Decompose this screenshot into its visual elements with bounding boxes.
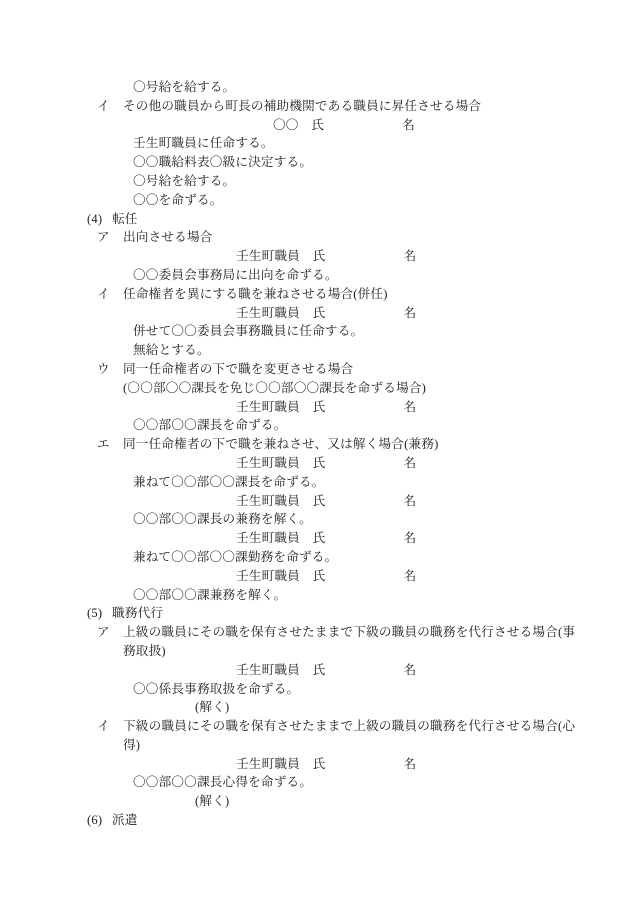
section-number: (5) [87, 604, 112, 623]
name-suffix: 名 [404, 531, 417, 545]
item-text: 同一任命権者の下で職を兼ねさせ、又は解く場合(兼務) [123, 437, 438, 451]
section-heading: (6)派遣 [0, 811, 630, 830]
statement-line: 〇〇部〇〇課兼務を解く。 [0, 586, 630, 605]
continuation-line: 務取扱) [0, 642, 630, 661]
statement-line: 〇〇委員会事務局に出向を命ずる。 [0, 266, 630, 285]
name-suffix: 名 [404, 400, 417, 414]
section-number: (4) [87, 210, 112, 229]
name-suffix: 名 [404, 757, 417, 771]
item-line: ウ同一任命権者の下で職を変更させる場合 [0, 360, 630, 379]
document-body: 〇号給を給する。イその他の職員から町長の補助機関である職員に昇任させる場合〇〇 … [0, 78, 630, 830]
section-number: (6) [87, 811, 112, 830]
name-label: 壬生町職員 氏 [236, 569, 326, 583]
section-heading: (4)転任 [0, 210, 630, 229]
name-suffix: 名 [404, 494, 417, 508]
item-marker: イ [97, 97, 123, 116]
statement-line: 〇〇職給料表〇級に決定する。 [0, 153, 630, 172]
name-suffix: 名 [404, 663, 417, 677]
item-marker: イ [97, 717, 123, 736]
item-marker: ウ [97, 360, 123, 379]
continuation-line: (〇〇部〇〇課長を免じ〇〇部〇〇課長を命ずる場合) [0, 379, 630, 398]
name-signature-line: 〇〇 氏名 [0, 116, 630, 135]
section-title: 転任 [112, 212, 138, 226]
item-text: 任命権者を異にする職を兼ねさせる場合(併任) [123, 287, 388, 301]
name-label: 壬生町職員 氏 [236, 400, 326, 414]
name-signature-line: 壬生町職員 氏名 [0, 661, 630, 680]
statement-line: 〇〇係長事務取扱を命ずる。 [0, 680, 630, 699]
item-text: 同一任命権者の下で職を変更させる場合 [123, 362, 353, 376]
name-signature-line: 壬生町職員 氏名 [0, 492, 630, 511]
name-suffix: 名 [404, 456, 417, 470]
name-label: 壬生町職員 氏 [236, 494, 326, 508]
item-text: 上級の職員にその職を保有させたままで下級の職員の職務を代行させる場合(事 [123, 625, 575, 639]
name-label: 壬生町職員 氏 [236, 456, 326, 470]
name-label: 壬生町職員 氏 [236, 757, 326, 771]
statement-line: 無給とする。 [0, 341, 630, 360]
item-marker: イ [97, 285, 123, 304]
document-page: 〇号給を給する。イその他の職員から町長の補助機関である職員に昇任させる場合〇〇 … [0, 0, 630, 903]
name-signature-line: 壬生町職員 氏名 [0, 247, 630, 266]
item-text: その他の職員から町長の補助機関である職員に昇任させる場合 [123, 99, 481, 113]
name-suffix: 名 [404, 569, 417, 583]
name-label: 壬生町職員 氏 [236, 531, 326, 545]
item-text: 下級の職員にその職を保有させたままで上級の職員の職務を代行させる場合(心 [123, 719, 575, 733]
item-line: イ下級の職員にその職を保有させたままで上級の職員の職務を代行させる場合(心 [0, 717, 630, 736]
name-suffix: 名 [402, 118, 415, 132]
name-label: 壬生町職員 氏 [236, 663, 326, 677]
statement-line: 〇号給を給する。 [0, 78, 630, 97]
item-marker: エ [97, 435, 123, 454]
statement-line: 壬生町職員に任命する。 [0, 134, 630, 153]
statement-line: 兼ねて〇〇部〇〇課勤務を命ずる。 [0, 548, 630, 567]
name-signature-line: 壬生町職員 氏名 [0, 755, 630, 774]
item-line: イ任命権者を異にする職を兼ねさせる場合(併任) [0, 285, 630, 304]
statement-line: 兼ねて〇〇部〇〇課長を命ずる。 [0, 473, 630, 492]
section-heading: (5)職務代行 [0, 604, 630, 623]
item-line: ア出向させる場合 [0, 228, 630, 247]
name-suffix: 名 [404, 306, 417, 320]
section-title: 職務代行 [112, 606, 163, 620]
statement-line: 〇号給を給する。 [0, 172, 630, 191]
statement-line: 〇〇部〇〇課長の兼務を解く。 [0, 510, 630, 529]
item-line: イその他の職員から町長の補助機関である職員に昇任させる場合 [0, 97, 630, 116]
item-line: エ同一任命権者の下で職を兼ねさせ、又は解く場合(兼務) [0, 435, 630, 454]
item-line: ア上級の職員にその職を保有させたままで下級の職員の職務を代行させる場合(事 [0, 623, 630, 642]
release-note-line: (解く) [0, 792, 630, 811]
name-label: 壬生町職員 氏 [236, 249, 326, 263]
name-label: 〇〇 氏 [273, 118, 324, 132]
name-signature-line: 壬生町職員 氏名 [0, 304, 630, 323]
item-marker: ア [97, 228, 123, 247]
name-signature-line: 壬生町職員 氏名 [0, 529, 630, 548]
statement-line: 〇〇を命ずる。 [0, 191, 630, 210]
item-text: 出向させる場合 [123, 230, 213, 244]
item-marker: ア [97, 623, 123, 642]
name-signature-line: 壬生町職員 氏名 [0, 454, 630, 473]
section-title: 派遣 [112, 813, 138, 827]
name-signature-line: 壬生町職員 氏名 [0, 567, 630, 586]
name-label: 壬生町職員 氏 [236, 306, 326, 320]
release-note-line: (解く) [0, 698, 630, 717]
name-suffix: 名 [404, 249, 417, 263]
statement-line: 併せて〇〇委員会事務職員に任命する。 [0, 322, 630, 341]
statement-line: 〇〇部〇〇課長心得を命ずる。 [0, 773, 630, 792]
continuation-line: 得) [0, 736, 630, 755]
statement-line: 〇〇部〇〇課長を命ずる。 [0, 416, 630, 435]
name-signature-line: 壬生町職員 氏名 [0, 398, 630, 417]
